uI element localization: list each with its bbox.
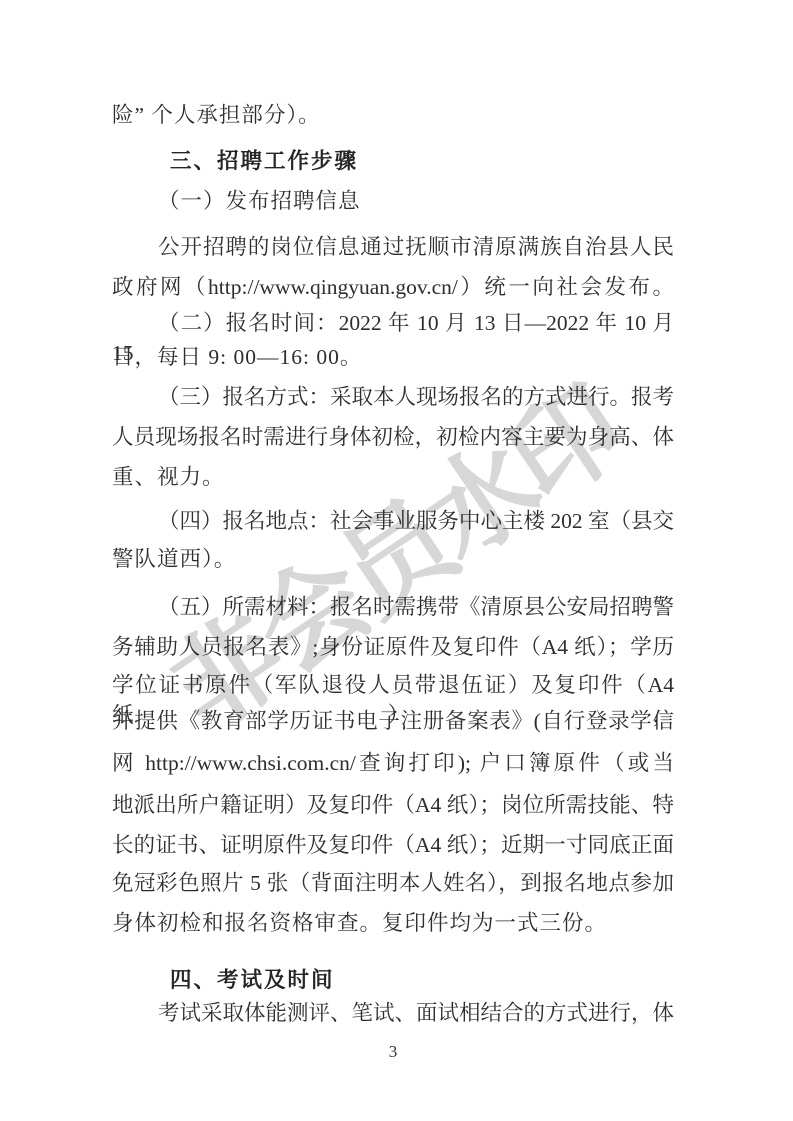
body-line-carryover: 险” 个人承担部分）。 — [112, 100, 674, 130]
body-line: 网 http://www.chsi.com.cn/查询打印); 户口簿原件（或当 — [112, 748, 674, 778]
subheading-item-3: （三）报名方式：采取本人现场报名的方式进行。报考 — [112, 382, 674, 412]
body-line: 长的证书、证明原件及复印件（A4 纸）；近期一寸同底正面 — [112, 830, 674, 860]
body-line: 重、视力。 — [112, 462, 674, 492]
body-line: 人员现场报名时需进行身体初检，初检内容主要为身高、体 — [112, 422, 674, 452]
body-line: 并提供《教育部学历证书电子注册备案表》(自行登录学信 — [112, 706, 674, 736]
page-number: 3 — [112, 1042, 674, 1062]
body-line: 身体初检和报名资格审查。复印件均为一式三份。 — [112, 908, 674, 938]
document-page: 非会员水印 险” 个人承担部分）。 三、招聘工作步骤 （一）发布招聘信息 公开招… — [0, 0, 793, 1121]
body-line: 公开招聘的岗位信息通过抚顺市清原满族自治县人民 — [112, 232, 674, 262]
subheading-item-4: （四）报名地点：社会事业服务中心主楼 202 室（县交 — [112, 506, 674, 536]
subheading-item-1: （一）发布招聘信息 — [112, 186, 674, 216]
subheading-item-5: （五）所需材料：报名时需携带《清原县公安局招聘警 — [112, 592, 674, 622]
heading-section-3: 三、招聘工作步骤 — [112, 146, 674, 176]
body-line: 警队道西）。 — [112, 544, 674, 574]
body-line: 政府网（http://www.qingyuan.gov.cn/）统一向社会发布。 — [112, 272, 674, 302]
body-line: 日，每日 9: 00—16: 00。 — [112, 342, 674, 372]
body-line: 考试采取体能测评、笔试、面试相结合的方式进行，体 — [112, 998, 674, 1028]
body-line: 务辅助人员报名表》;身份证原件及复印件（A4 纸）；学历 — [112, 632, 674, 662]
body-line: 免冠彩色照片 5 张（背面注明本人姓名），到报名地点参加 — [112, 868, 674, 898]
body-line: 地派出所户籍证明）及复印件（A4 纸）；岗位所需技能、特 — [112, 790, 674, 820]
heading-section-4: 四、考试及时间 — [112, 965, 674, 995]
